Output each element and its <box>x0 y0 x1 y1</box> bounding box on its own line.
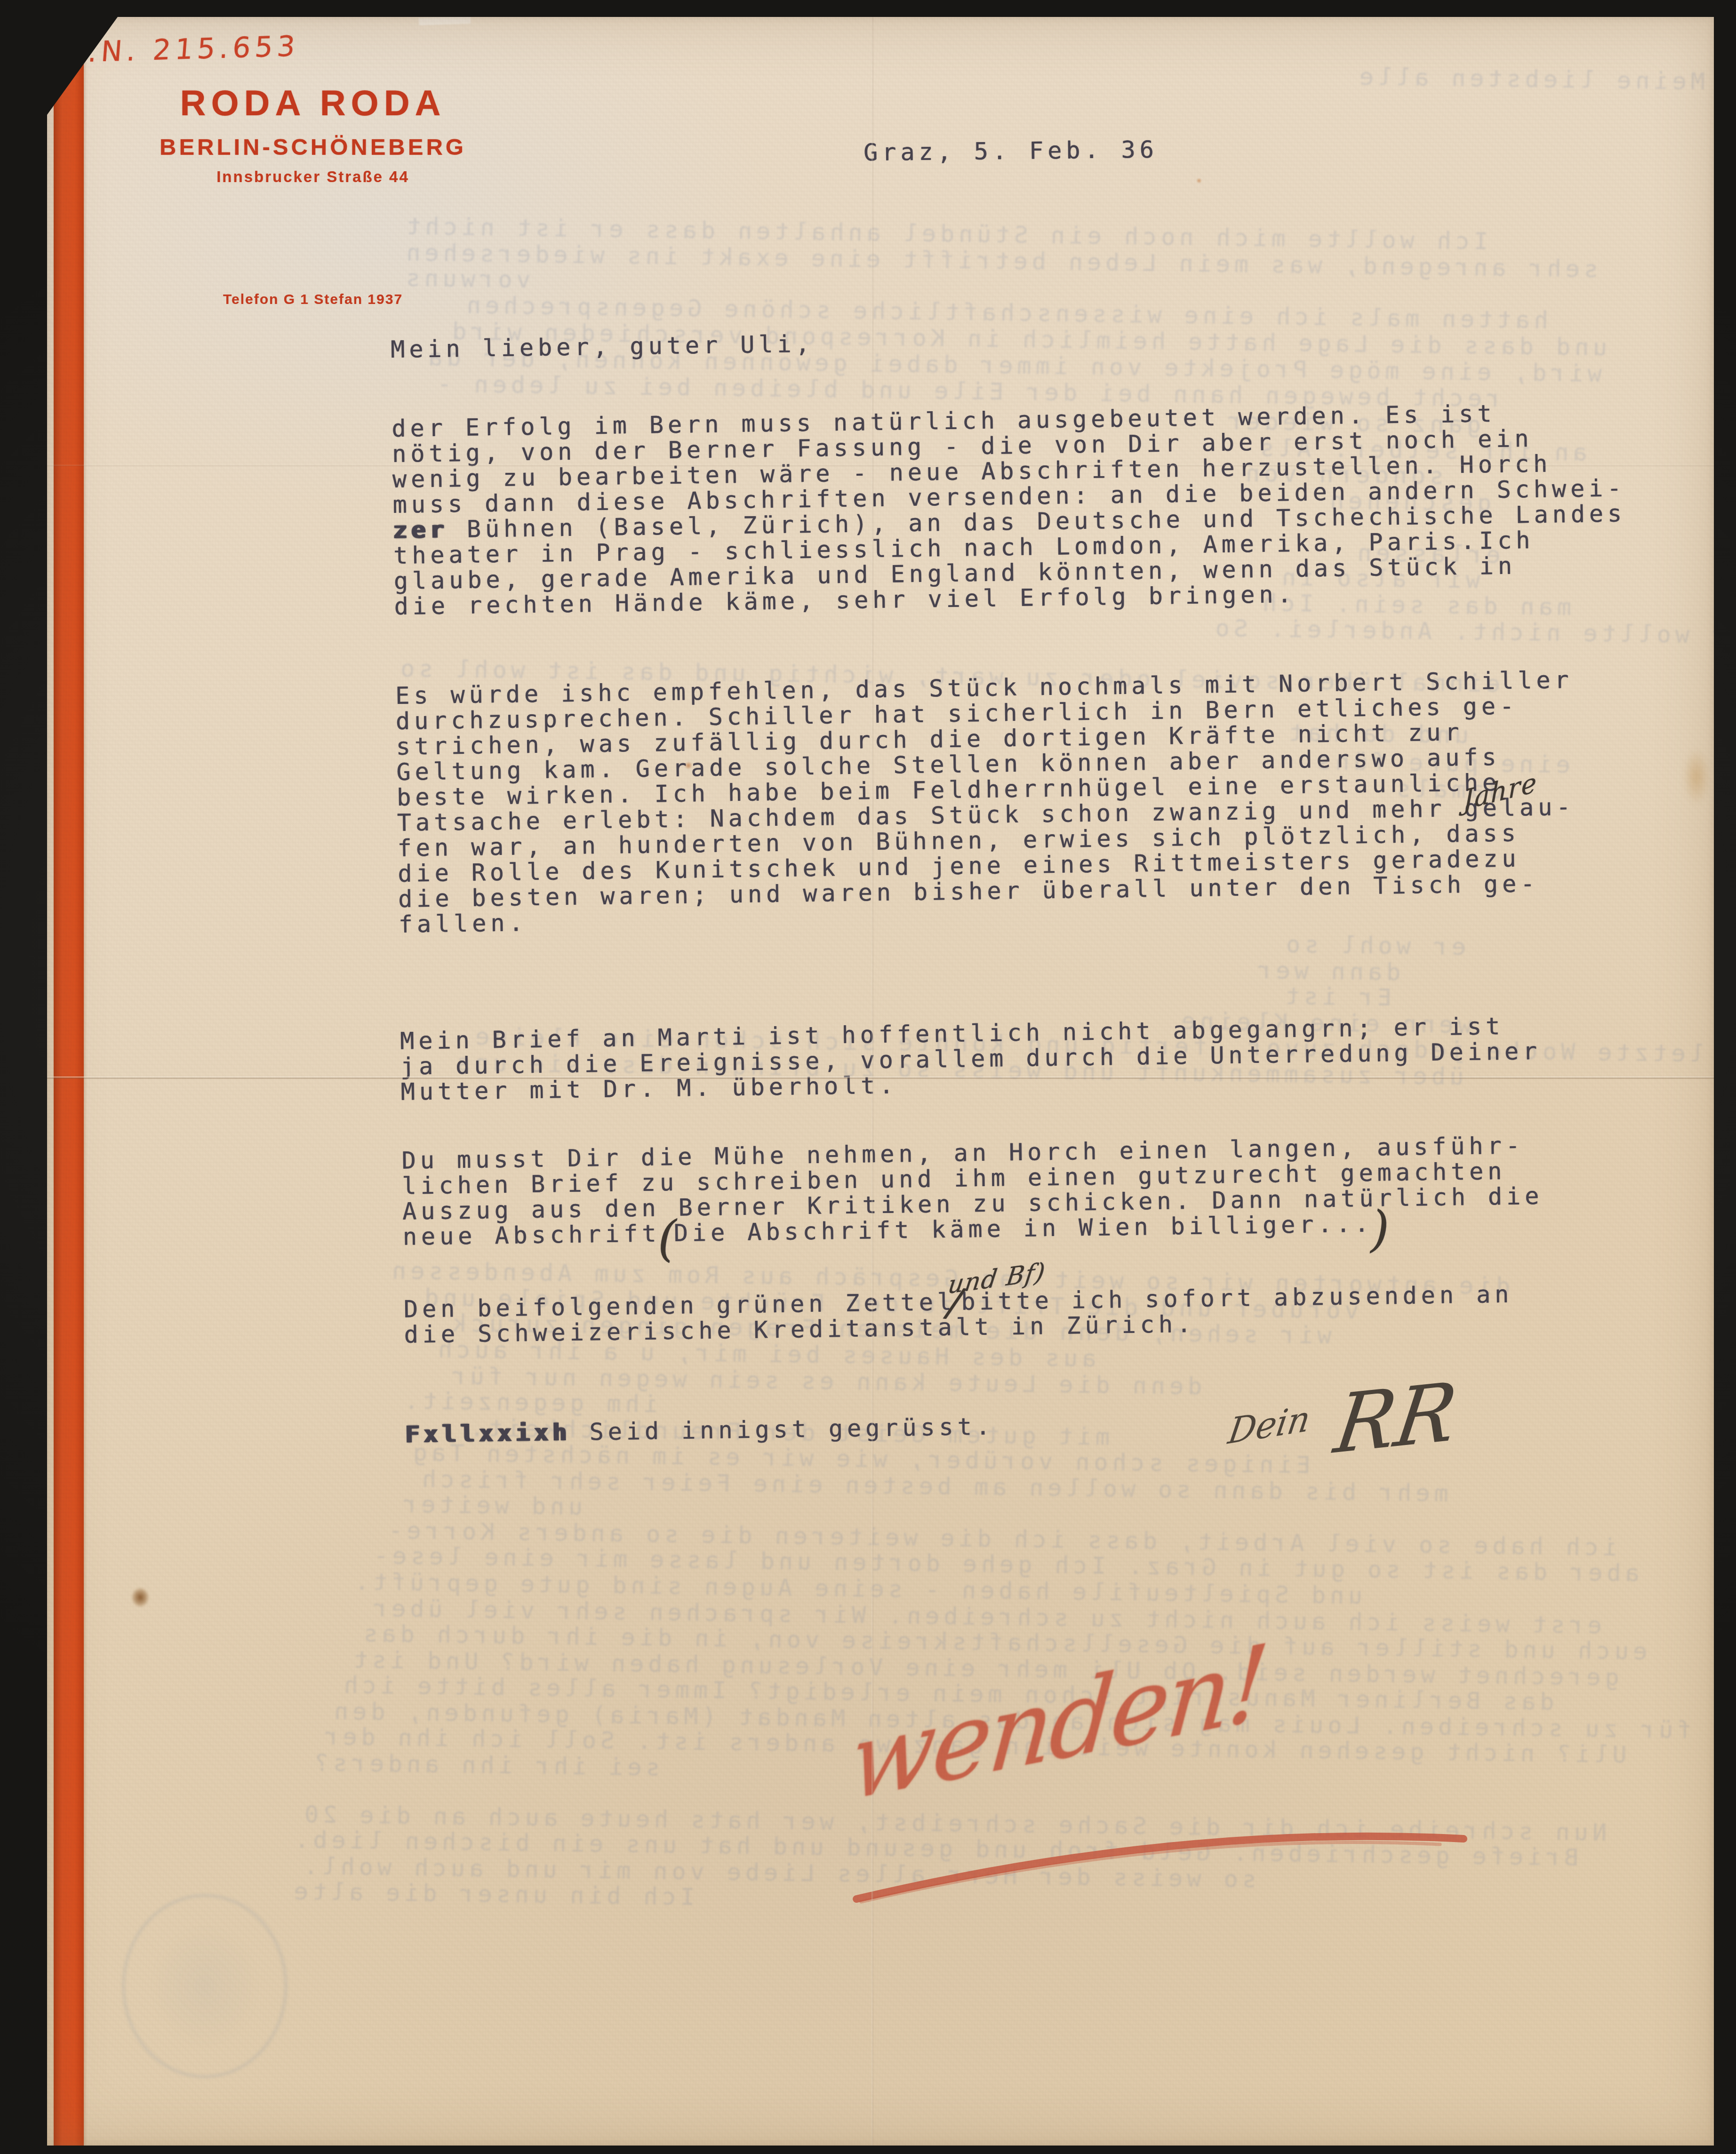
typed-text: neue Abschrift <box>402 1220 660 1250</box>
paragraph: Es würde ishc empfehlen, das Stück nochm… <box>395 667 1576 937</box>
typed-text: fallen. <box>398 909 527 938</box>
bleedthrough-text: Briefe geschrieben. Geld froh und gesund… <box>290 1826 1579 1871</box>
typed-line: Fxllxxixh Seid innigst gegrüsst. <box>405 1414 994 1447</box>
salutation: Mein lieber, guter Uli, <box>391 331 814 362</box>
verso-note-wenden: wenden! <box>846 1621 1271 1824</box>
bleedthrough-text: sei ihr ihn anders? <box>310 1749 660 1781</box>
bleedthrough-text: und Spielteufile haben - seine Augen sin… <box>351 1568 1363 1609</box>
faint-round-stamp <box>122 1894 287 2078</box>
letter-page: Meine liebsten alleIch wollte mich noch … <box>47 17 1714 2146</box>
typed-text: Mein lieber, guter Uli, <box>391 330 814 363</box>
handwritten-mark: / <box>948 1301 966 1304</box>
bleedthrough-text: euch und stiller auf die Gesellschaftskr… <box>359 1620 1648 1665</box>
inventory-number: I.N. 215.653 <box>74 30 300 69</box>
scan-background: Meine liebsten alleIch wollte mich noch … <box>0 0 1736 2154</box>
bleedthrough-text: Ich bin unser die alte <box>289 1878 695 1911</box>
typed-text: Seid innigst gegrüsst. <box>571 1413 994 1446</box>
paragraph: der Erfolg im Bern muss natürlich ausgeb… <box>392 399 1627 619</box>
typed-line: Mein lieber, guter Uli, <box>391 331 814 362</box>
overtyped-text: Fxllxxixh <box>405 1419 571 1448</box>
signature-initials: RR <box>1329 1365 1463 1473</box>
paragraph: Mein Brief an Marti ist hoffentlich nich… <box>400 1013 1542 1105</box>
stain-spot <box>128 1584 152 1611</box>
bleedthrough-text: erst weiss ich auch nicht zu schreiben. … <box>369 1595 1602 1639</box>
paragraph: Den beifolgenden grünen Zettelund Bf)/bi… <box>403 1282 1513 1348</box>
bleedthrough-text: Nun schreibe ich dir die Sache schreibst… <box>300 1801 1607 1846</box>
red-margin-stripe <box>54 17 84 2146</box>
bleedthrough-text: so weiss der Herr alles Liebe von mir un… <box>299 1852 1256 1893</box>
handwritten-mark: ) <box>1370 1200 1390 1258</box>
letter-body: Mein lieber, guter Uli,der Erfolg im Ber… <box>386 0 1706 1570</box>
overtyped-text: zer <box>393 516 448 544</box>
paragraph: Du musst Dir die Mühe nehmen, an Horch e… <box>401 1133 1544 1250</box>
closing-line: Fxllxxixh Seid innigst gegrüsst. <box>405 1414 994 1447</box>
